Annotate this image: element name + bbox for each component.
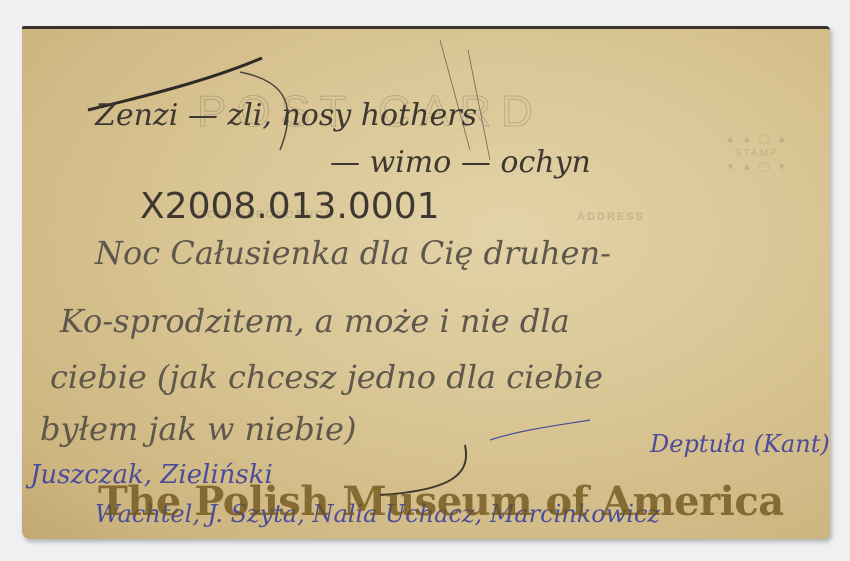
- message-line-3: ciebie (jak chcesz jedno dla ciebie: [50, 358, 603, 396]
- message-line-1: Noc Całusienka dla Cię druhen-: [95, 234, 611, 272]
- header-handwriting-line-2: — wimo — ochyn: [330, 145, 591, 180]
- signature-deptula: Deptuła (Kant): [650, 430, 830, 458]
- header-handwriting-line-1: Zenzi — zli, nosy hothers: [95, 98, 477, 133]
- message-line-4: byłem jak w niebie): [40, 410, 356, 448]
- message-line-2: Ko-sprodzitem, a może i nie dla: [60, 302, 570, 340]
- museum-watermark: The Polish Museum of America: [98, 478, 784, 525]
- catalog-number: X2008.013.0001: [140, 186, 440, 227]
